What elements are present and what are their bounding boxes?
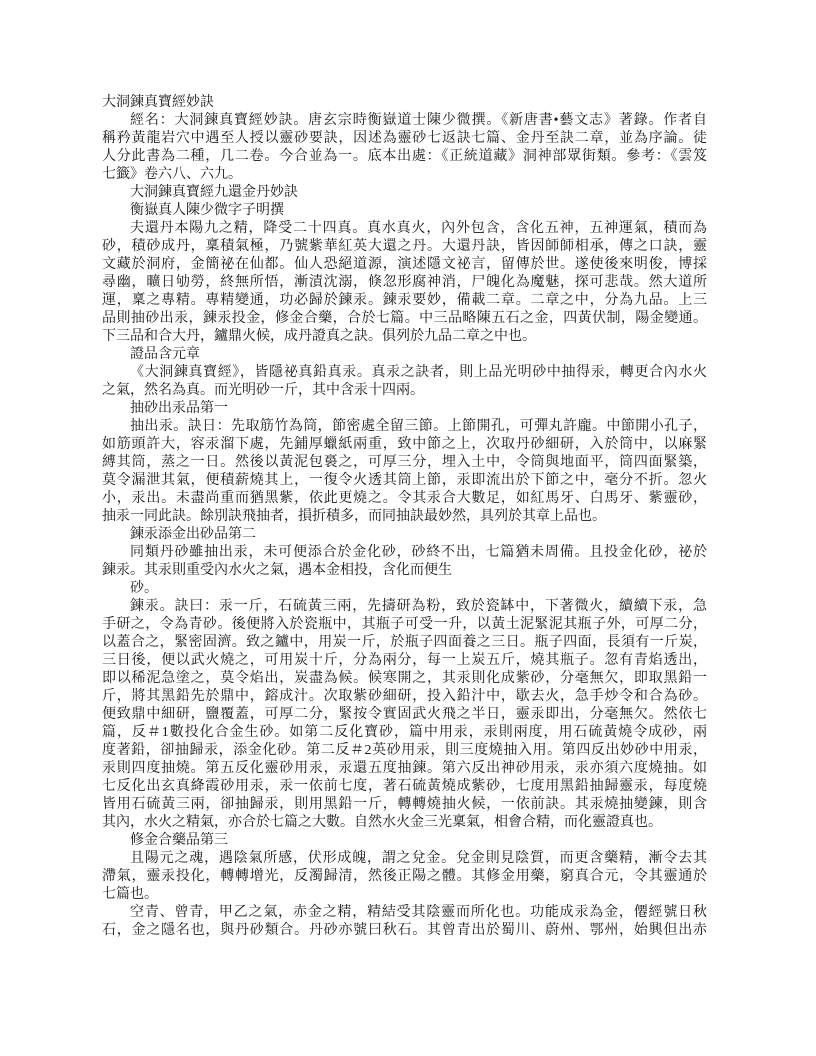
text-line: 其內，水火之精氣，亦合於七篇之大數。自然水火金三光稟氣，相會合精，而化靈證真也。 <box>102 814 707 832</box>
text-line: 篇，反＃1數投化合金生砂。如第二反化寶砂，篇中用汞，汞則兩度，用石硫黃燒令成砂，… <box>102 724 707 742</box>
text-line: 尋幽，曠日劬勞，終無所悟，漸漬沈溺，倏忽形腐神消，尸魄化為魔魅，探可悲哉。然大道… <box>102 274 707 292</box>
text-line: 下三品和合大丹，鑪鼎火候，成丹證真之訣。俱列於九品二章之中也。 <box>102 328 707 346</box>
line-heading: 抽砂出汞品第一 <box>102 400 707 418</box>
text-line: 縛其筒，蒸之一日。然後以黃泥包裛之，可厚三分，埋入土中，令筒與地面平，筒四面緊築… <box>102 454 707 472</box>
text-line: 砂，積砂成丹，稟積氣極，乃號紫華紅英大還之丹。大還丹訣，皆因師師相承，傳之口訣，… <box>102 238 707 256</box>
text-line: 滯氣，靈汞投化，轉轉增光，反濁歸清，然後正陽之體。其修金用藥，窮真合元，令其靈通… <box>102 868 707 886</box>
text-line: 汞則四度抽燒。第五反化靈砂用汞，汞還五度抽鍊。第六反出神砂用汞，汞亦須六度燒抽。… <box>102 760 707 778</box>
text-line: 石，金之隱名也，與丹砂類合。丹砂亦號曰秋石。其曾青出於蜀川、蔚州、鄂州，始興但出… <box>102 922 707 940</box>
document-page: 大洞鍊真寶經妙訣經名：大洞鍊真寶經妙訣。唐玄宗時衡嶽道士陳少微撰。《新唐書•藝文… <box>0 0 816 1056</box>
text-line: 手研之，令為青砂。後便將入於瓷瓶中，其瓶子可受一升，以黃土泥緊泥其瓶子外，可厚二… <box>102 616 707 634</box>
line-heading: 鍊汞添金出砂品第二 <box>102 526 707 544</box>
text-line: 皆用石硫黃三兩，卻抽歸汞，則用黑鉛一斤，轉轉燒抽火候，一依前訣。其汞燒抽變鍊，則… <box>102 796 707 814</box>
text-line: 即以稀泥急塗之，莫令焰出，炭盡為候。候寒開之，其汞則化成紫砂，分毫無欠，即取黑鉛… <box>102 670 707 688</box>
text-line: 品則抽砂出汞，鍊汞投金，修金合藥，合於七篇。中三品略陳五石之金，四黃伏制，陽金變… <box>102 310 707 328</box>
text-line: 空青、曾青，甲乙之氣，赤金之精，精結受其陰靈而所化也。功能成汞為金，僊經號日秋 <box>102 904 707 922</box>
line-title: 大洞鍊真寶經妙訣 <box>102 94 707 112</box>
text-line: 抽汞一同此訣。餘別訣飛抽者，損折積多，而同抽訣最妙然，具列於其章上品也。 <box>102 508 707 526</box>
text-line: 鍊汞。其汞則重受內水火之氣，遇本金相投，含化而便生 <box>102 562 707 580</box>
text-line: 便致鼎中細研，鹽覆蓋，可厚二分，緊按令實固武火飛之半日，靈汞即出，分毫無欠。然依… <box>102 706 707 724</box>
text-line: 斤，將其黑鉛先於鼎中，鎔成汁。次取紫砂細研，投入鉛汁中，歇去火，急手炒令和合為砂… <box>102 688 707 706</box>
text-line: 三日後，便以武火燒之，可用炭十斤，分為兩分，每一上炭五斤，燒其瓶子。忽有青焰透出… <box>102 652 707 670</box>
line-subtitle: 大洞鍊真寶經九還金丹妙訣 <box>102 184 707 202</box>
text-line: 且陽元之魂，遇陰氣所感，伏形成魄，謂之兌金。兌金則見陰質，而更含藥精，漸令去其 <box>102 850 707 868</box>
text-line: 《大洞鍊真寶經》，皆隱祕真鉛真汞。真汞之訣者，則上品光明砂中抽得汞，轉更合內水火 <box>102 364 707 382</box>
text-line: 度著鉛，卻抽歸汞，添金化砂。第二反＃2英砂用汞，則三度燒抽入用。第四反出妙砂中用… <box>102 742 707 760</box>
text-line: 稱矜黃龍岩穴中遇至人授以靈砂要訣，因述為靈砂七返訣七篇、金丹至訣二章，並為序論。… <box>102 130 707 148</box>
text-line: 夫還丹本陽九之精，降受二十四真。真水真火，內外包含，含化五神，五神運氣，積而為 <box>102 220 707 238</box>
text-line: 莫令漏泄其氣，便積薪燒其上，一復令火透其筒上節，汞即流出於下節之中，毫分不折。忽… <box>102 472 707 490</box>
text-line: 同類丹砂雖抽出汞，未可便添合於金化砂，砂終不出，七篇猶未周備。且投金化砂，祕於 <box>102 544 707 562</box>
text-line: 小，汞出。未盡尚重而猶黑紫，依此更燒之。令其汞合大數足，如紅馬牙、白馬牙、紫靈砂… <box>102 490 707 508</box>
text-line: 鍊汞。訣曰：汞一斤，石硫黃三兩，先擣研為粉，致於瓷缽中，下著微火，續續下汞，急 <box>102 598 707 616</box>
line-author: 衡嶽真人陳少微字子明撰 <box>102 202 707 220</box>
text-line: 七篇也。 <box>102 886 707 904</box>
text-line: 經名：大洞鍊真寶經妙訣。唐玄宗時衡嶽道士陳少微撰。《新唐書•藝文志》著錄。作者自 <box>102 112 707 130</box>
line-heading: 修金合藥品第三 <box>102 832 707 850</box>
text-line: 七反化出玄真絳霞砂用汞，汞一依前七度，著石硫黃燒成紫砂，七度用黑鉛抽歸靈汞，每度… <box>102 778 707 796</box>
text-line: 抽出汞。訣日：先取筋竹為筒，節密處全留三節。上節開孔，可彈丸許龐。中節開小孔子， <box>102 418 707 436</box>
text-line: 人分此書為二種，几二卷。今合並為一。底本出處：《正統道藏》洞神部眾街類。參考：《… <box>102 148 707 166</box>
text-line: 如筋頭許大，容汞溜下處，先鋪厚蠟紙兩重，致中節之上，次取丹砂細研，入於筒中，以麻… <box>102 436 707 454</box>
line-heading: 證品含元章 <box>102 346 707 364</box>
text-line: 文藏於洞府，金簡祕在仙都。仙人恐絕道源，演述隱文祕言，留傳於世。遂使後來明俊，博… <box>102 256 707 274</box>
text-line: 砂。 <box>102 580 707 598</box>
text-line: 以蓋合之，緊密固濟。致之鑪中，用炭一斤，於瓶子四面養之三日。瓶子四面，長須有一斤… <box>102 634 707 652</box>
text-line: 之氣，然名為真。而光明砂一斤，其中含汞十四兩。 <box>102 382 707 400</box>
text-line: 七籤》卷六八、六九。 <box>102 166 707 184</box>
document-body: 大洞鍊真寶經妙訣經名：大洞鍊真寶經妙訣。唐玄宗時衡嶽道士陳少微撰。《新唐書•藝文… <box>102 94 707 940</box>
text-line: 運，稟之專精。專精變通，功必歸於鍊汞。鍊汞要妙，備載二章。二章之中，分為九品。上… <box>102 292 707 310</box>
